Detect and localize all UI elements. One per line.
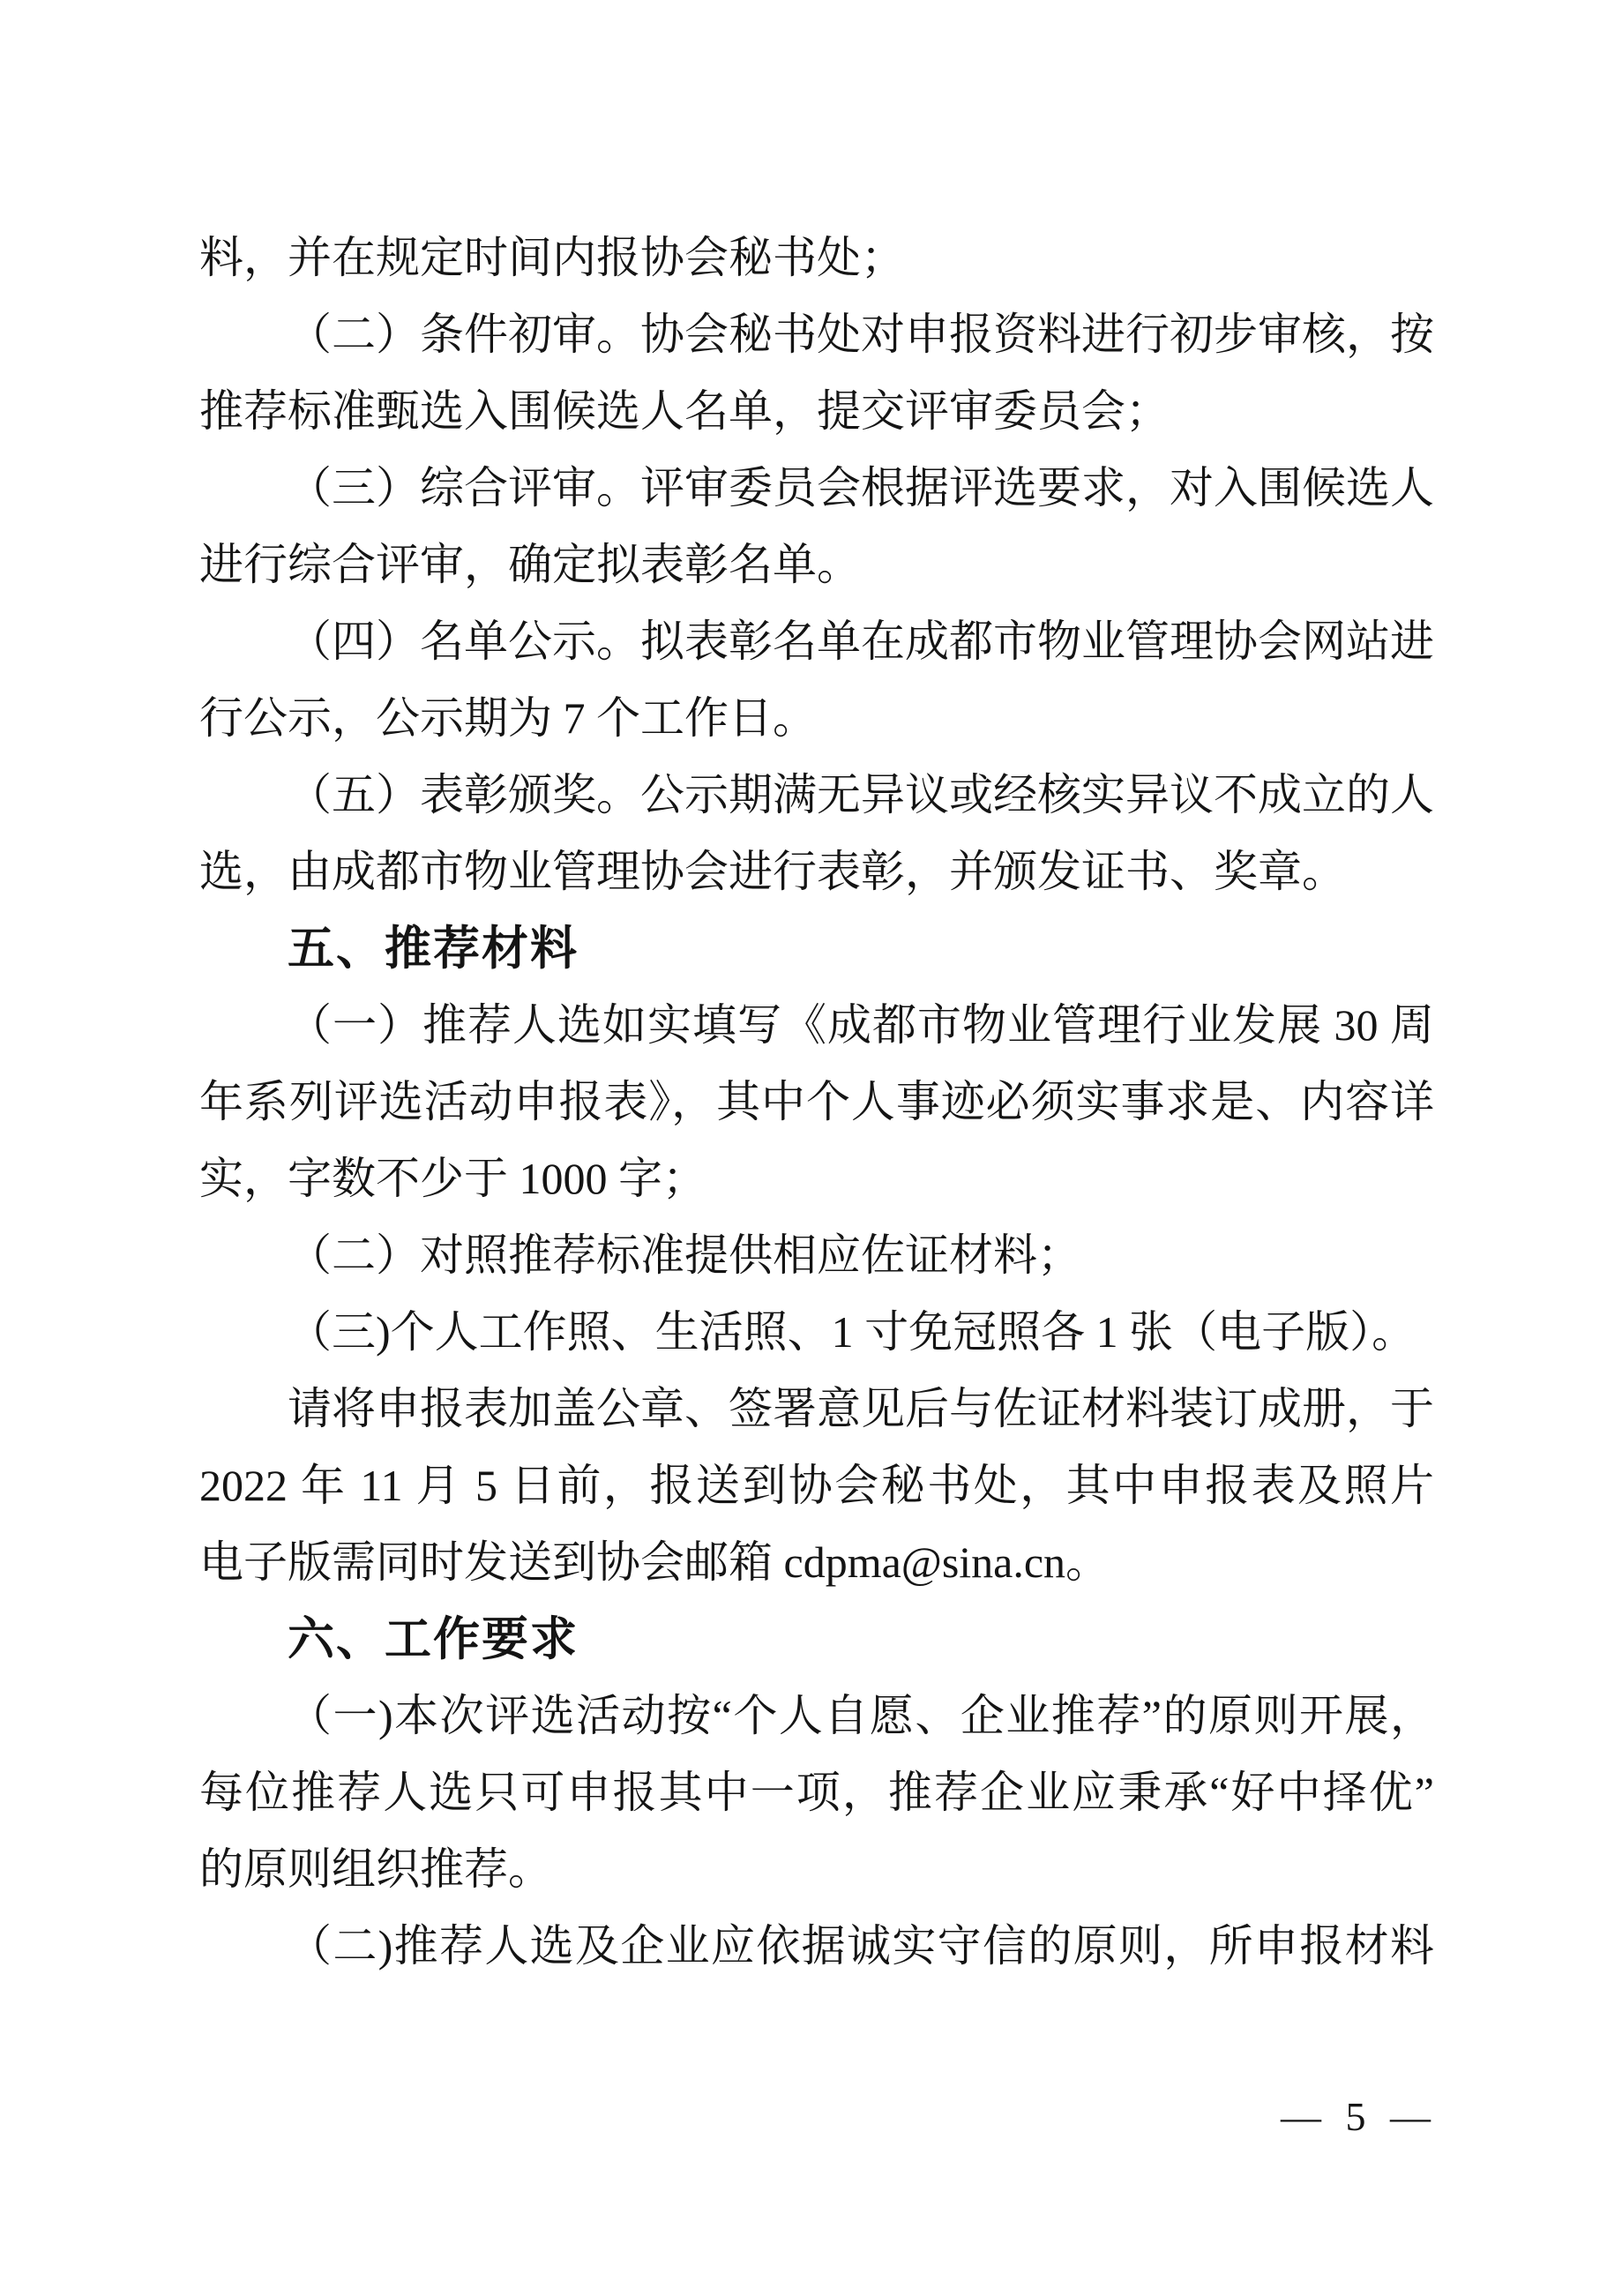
section-heading: 五、推荐材料 [199, 910, 1434, 987]
text-line: 行公示，公示期为 7 个工作日。 [199, 680, 1434, 757]
text-line: 选，由成都市物业管理协会进行表彰，并颁发证书、奖章。 [199, 834, 1434, 910]
text-line: （二)推荐人选及企业应依据诚实守信的原则，所申报材料 [199, 1908, 1434, 1985]
section-heading: 六、工作要求 [199, 1601, 1434, 1678]
page-number: — 5 — [1281, 2092, 1438, 2142]
text-line: 年系列评选活动申报表》，其中个人事迹必须实事求是、内容详 [199, 1064, 1434, 1141]
text-line: 料，并在规定时间内报协会秘书处； [199, 220, 1434, 296]
document-body: 料，并在规定时间内报协会秘书处；（二）条件初审。协会秘书处对申报资料进行初步审核… [199, 220, 1434, 1985]
text-line: 推荐标准甄选入围候选人名单，提交评审委员会； [199, 373, 1434, 450]
text-line: 请将申报表加盖公章、签署意见后与佐证材料装订成册，于 [199, 1371, 1434, 1447]
text-line: 的原则组织推荐。 [199, 1831, 1434, 1908]
text-line: 2022 年 11 月 5 日前，报送到协会秘书处，其中申报表及照片 [199, 1447, 1434, 1524]
text-line: （二）对照推荐标准提供相应佐证材料； [199, 1217, 1434, 1294]
text-line: 进行综合评审，确定拟表彰名单。 [199, 527, 1434, 603]
text-line: （二）条件初审。协会秘书处对申报资料进行初步审核，按 [199, 296, 1434, 373]
text-line: （一)本次评选活动按“个人自愿、企业推荐”的原则开展， [199, 1678, 1434, 1754]
document-page: 料，并在规定时间内报协会秘书处；（二）条件初审。协会秘书处对申报资料进行初步审核… [0, 0, 1622, 2296]
text-line: 每位推荐人选只可申报其中一项，推荐企业应秉承“好中择优” [199, 1754, 1434, 1831]
text-line: （五）表彰颁奖。公示期满无异议或经核实异议不成立的人 [199, 757, 1434, 834]
text-line: （一）推荐人选如实填写《成都市物业管理行业发展 30 周 [199, 987, 1434, 1064]
text-line: 实，字数不少于 1000 字； [199, 1141, 1434, 1217]
text-line: （三）综合评审。评审委员会根据评选要求，对入围候选人 [199, 450, 1434, 527]
text-line: （四）名单公示。拟表彰名单在成都市物业管理协会网站进 [199, 603, 1434, 680]
text-line: （三)个人工作照、生活照、1 寸免冠照各 1 张（电子版）。 [199, 1294, 1434, 1371]
text-line: 电子版需同时发送到协会邮箱 cdpma@sina.cn。 [199, 1524, 1434, 1601]
